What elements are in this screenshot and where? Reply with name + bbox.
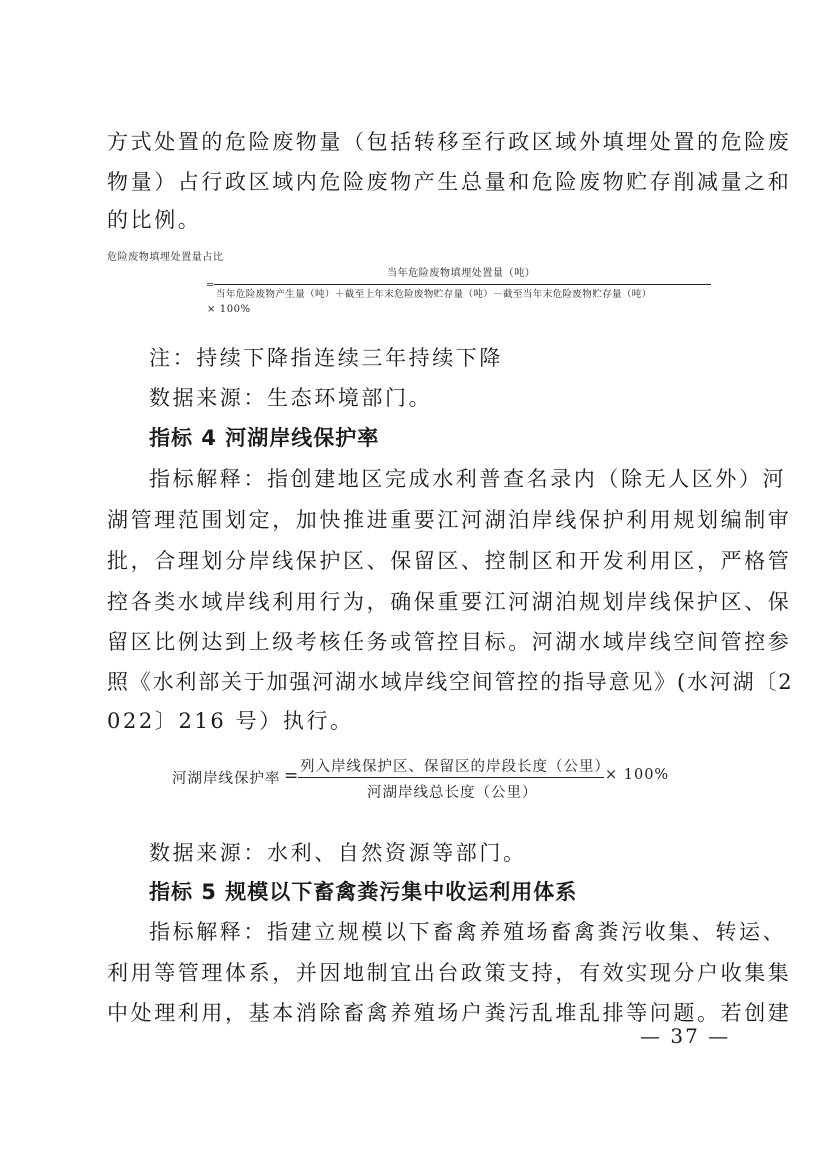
formula-multiplier: × 100%: [605, 767, 669, 783]
formula-label: 河湖岸线保护率: [172, 767, 281, 788]
data-source: 数据来源：生态环境部门。: [149, 383, 719, 413]
indicator-5-explanation: 中处理利用，基本消除畜禽养殖场户粪污乱堆乱排等问题。若创建: [107, 998, 719, 1028]
indicator-4-title: 指标 4 河湖岸线保护率: [149, 423, 719, 453]
indicator-5-explanation: 利用等管理体系，并因地制宜出台政策支持，有效实现分户收集集: [107, 958, 719, 988]
formula-denominator: 当年危险废物产生量（吨）＋截至上年末危险废物贮存量（吨）－截至当年末危险废物贮存…: [216, 288, 652, 302]
paragraph-line: 方式处置的危险废物量（包括转移至行政区域外填埋处置的危险废: [107, 127, 719, 157]
page-number: — 37 —: [640, 1024, 730, 1048]
formula-denominator: 河湖岸线总长度（公里）: [367, 781, 538, 802]
indicator-4-explanation: 湖管理范围划定，加快推进重要江河湖泊岸线保护利用规划编制审: [107, 505, 719, 535]
formula-multiplier: × 100%: [207, 303, 251, 317]
fraction-bar: [298, 777, 604, 778]
indicator-4-explanation: 指标解释：指创建地区完成水利普查名录内（除无人区外）河: [149, 464, 719, 494]
formula-equals: =: [284, 766, 299, 786]
indicator-4-explanation: 控各类水域岸线利用行为，确保重要江河湖泊规划岸线保护区、保: [107, 587, 719, 617]
indicator-5-explanation: 指标解释：指建立规模以下畜禽养殖场畜禽粪污收集、转运、: [149, 917, 719, 947]
indicator-4-explanation: 照《水利部关于加强河湖水域岸线空间管控的指导意见》(水河湖〔2: [107, 667, 719, 697]
indicator-4-explanation: 022〕216 号）执行。: [107, 706, 719, 736]
indicator-5-title: 指标 5 规模以下畜禽粪污集中收运利用体系: [149, 877, 719, 907]
fraction-bar: [214, 284, 711, 285]
paragraph-line: 物量）占行政区域内危险废物产生总量和危险废物贮存削减量之和: [107, 167, 719, 197]
formula-equals: =: [206, 279, 215, 293]
formula-numerator: 当年危险废物填埋处置量（吨）: [387, 267, 535, 281]
formula-numerator: 列入岸线保护区、保留区的岸段长度（公里）: [300, 755, 610, 776]
indicator-4-explanation: 留区比例达到上级考核任务或管控目标。河湖水域岸线空间管控参: [107, 627, 719, 657]
paragraph-line: 的比例。: [107, 205, 719, 235]
formula-label: 危险废物填埋处置量占比: [107, 251, 224, 265]
note-text: 注：持续下降指连续三年持续下降: [149, 343, 719, 373]
indicator-4-explanation: 批，合理划分岸线保护区、保留区、控制区和开发利用区，严格管: [107, 546, 719, 576]
data-source: 数据来源：水利、自然资源等部门。: [149, 838, 719, 868]
